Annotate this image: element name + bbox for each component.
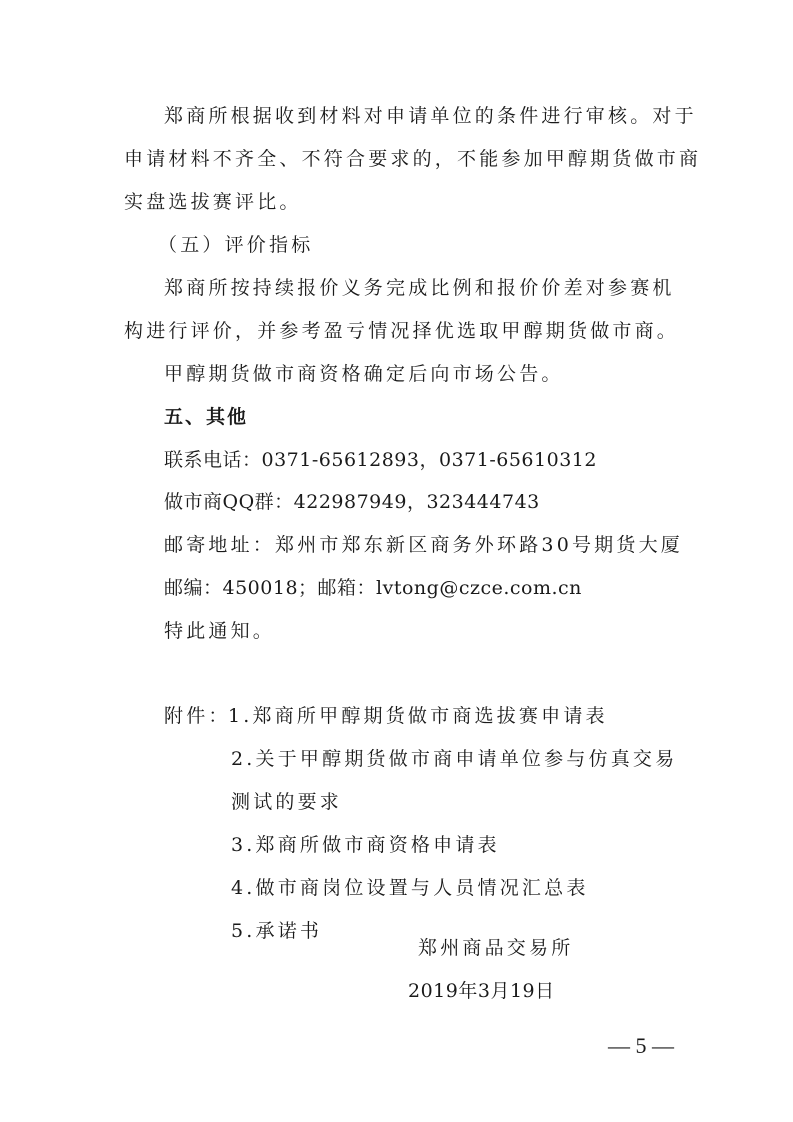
- signature-date: 2019年3月19日: [408, 979, 555, 1003]
- other-section-heading: 五、其他: [164, 405, 248, 429]
- attachment-item-2-continued: 测试的要求: [231, 790, 342, 814]
- qq-group: 做市商QQ群：422987949，323444743: [164, 490, 540, 514]
- signature-organization: 郑州商品交易所: [418, 936, 573, 960]
- evaluation-paragraph-line-2: 构进行评价，并参考盈亏情况择优选取甲醇期货做市商。: [124, 319, 679, 343]
- review-paragraph-line-1: 郑商所根据收到材料对申请单位的条件进行审核。对于: [164, 104, 697, 128]
- closing-line: 特此通知。: [164, 619, 275, 643]
- contact-phone: 联系电话：0371-65612893，0371-65610312: [164, 448, 597, 472]
- review-paragraph-line-2: 申请材料不齐全、不符合要求的，不能参加甲醇期货做市商: [124, 147, 701, 171]
- attachment-item-1: 1.郑商所甲醇期货做市商选拔赛申请表: [228, 704, 608, 728]
- page-number: — 5 —: [608, 1033, 674, 1059]
- attachment-item-4: 4.做市商岗位设置与人员情况汇总表: [231, 876, 589, 900]
- attachment-item-2: 2.关于甲醇期货做市商申请单位参与仿真交易: [231, 747, 677, 771]
- attachment-item-5: 5.承诺书: [231, 919, 322, 943]
- evaluation-paragraph-line-1: 郑商所按持续报价义务完成比例和报价价差对参赛机: [164, 276, 675, 300]
- review-paragraph-line-3: 实盘选拔赛评比。: [124, 190, 302, 214]
- mailing-address: 邮寄地址：郑州市郑东新区商务外环路30号期货大厦: [164, 533, 683, 557]
- attachments-label: 附件：: [164, 704, 231, 728]
- announcement-line: 甲醇期货做市商资格确定后向市场公告。: [164, 362, 564, 386]
- postcode-email: 邮编：450018；邮箱：lvtong@czce.com.cn: [164, 576, 582, 600]
- attachment-item-3: 3.郑商所做市商资格申请表: [231, 833, 500, 857]
- evaluation-heading: （五）评价指标: [158, 233, 313, 257]
